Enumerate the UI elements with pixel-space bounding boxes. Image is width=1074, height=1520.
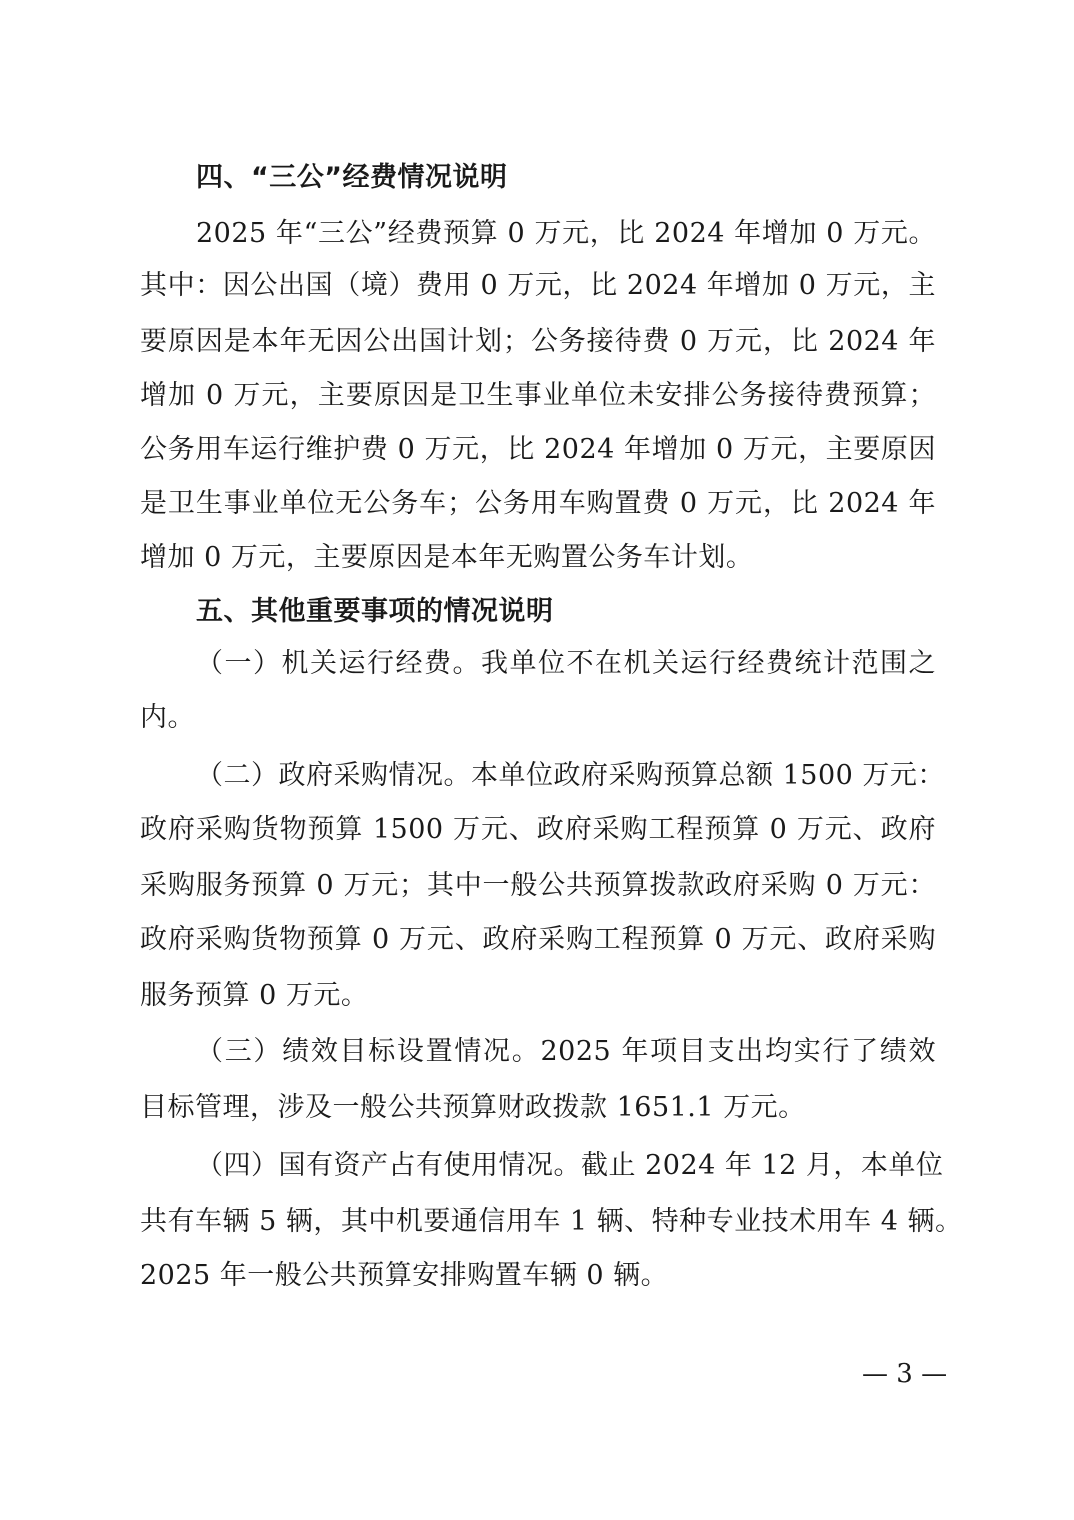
paragraph-line: 服务预算 0 万元。: [140, 978, 936, 1014]
paragraph-line: 目标管理，涉及一般公共预算财政拨款 1651.1 万元。: [140, 1090, 936, 1126]
document-page: 四、“三公”经费情况说明 2025 年“三公”经费预算 0 万元，比 2024 …: [0, 0, 1074, 1520]
paragraph-line: 共有车辆 5 辆，其中机要通信用车 1 辆、特种专业技术用车 4 辆。: [140, 1204, 936, 1240]
item-text: 本单位政府采购预算总额 1500 万元：: [471, 760, 945, 791]
paragraph-line: 2025 年一般公共预算安排购置车辆 0 辆。: [140, 1258, 936, 1294]
paragraph-line: 要原因是本年无因公出国计划；公务接待费 0 万元，比 2024 年: [140, 324, 936, 360]
item-label: （三）绩效目标设置情况。: [196, 1036, 540, 1067]
section-heading-sangong: 四、“三公”经费情况说明: [196, 160, 508, 196]
paragraph-line: 是卫生事业单位无公务车；公务用车购置费 0 万元，比 2024 年: [140, 486, 936, 522]
paragraph-line: 采购服务预算 0 万元；其中一般公共预算拨款政府采购 0 万元：: [140, 868, 936, 904]
item-label: （二）政府采购情况。: [196, 760, 471, 791]
paragraph-line: 政府采购货物预算 0 万元、政府采购工程预算 0 万元、政府采购: [140, 922, 936, 958]
paragraph-line: 政府采购货物预算 1500 万元、政府采购工程预算 0 万元、政府: [140, 812, 936, 848]
item-government-procurement: （二）政府采购情况。本单位政府采购预算总额 1500 万元：: [196, 758, 936, 794]
item-text: 截止 2024 年 12 月，本单位: [581, 1150, 943, 1181]
section-heading-other-matters: 五、其他重要事项的情况说明: [196, 594, 554, 630]
item-state-assets: （四）国有资产占有使用情况。截止 2024 年 12 月，本单位: [196, 1148, 936, 1184]
paragraph-line: 内。: [140, 700, 936, 736]
paragraph-line: 2025 年“三公”经费预算 0 万元，比 2024 年增加 0 万元。: [196, 216, 936, 252]
item-operating-expenses: （一）机关运行经费。我单位不在机关运行经费统计范围之: [196, 646, 936, 682]
paragraph-line: 增加 0 万元，主要原因是本年无购置公务车计划。: [140, 540, 936, 576]
item-text: 2025 年项目支出均实行了绩效: [540, 1036, 936, 1067]
item-label: （一）机关运行经费。: [196, 648, 481, 679]
item-label: （四）国有资产占有使用情况。: [196, 1150, 581, 1181]
page-number: — 3 —: [862, 1356, 947, 1392]
item-text: 我单位不在机关运行经费统计范围之: [481, 648, 936, 679]
paragraph-line: 其中：因公出国（境）费用 0 万元，比 2024 年增加 0 万元，主: [140, 268, 936, 304]
item-performance-targets: （三）绩效目标设置情况。2025 年项目支出均实行了绩效: [196, 1034, 936, 1070]
paragraph-line: 增加 0 万元，主要原因是卫生事业单位未安排公务接待费预算；: [140, 378, 936, 414]
paragraph-line: 公务用车运行维护费 0 万元，比 2024 年增加 0 万元，主要原因: [140, 432, 936, 468]
